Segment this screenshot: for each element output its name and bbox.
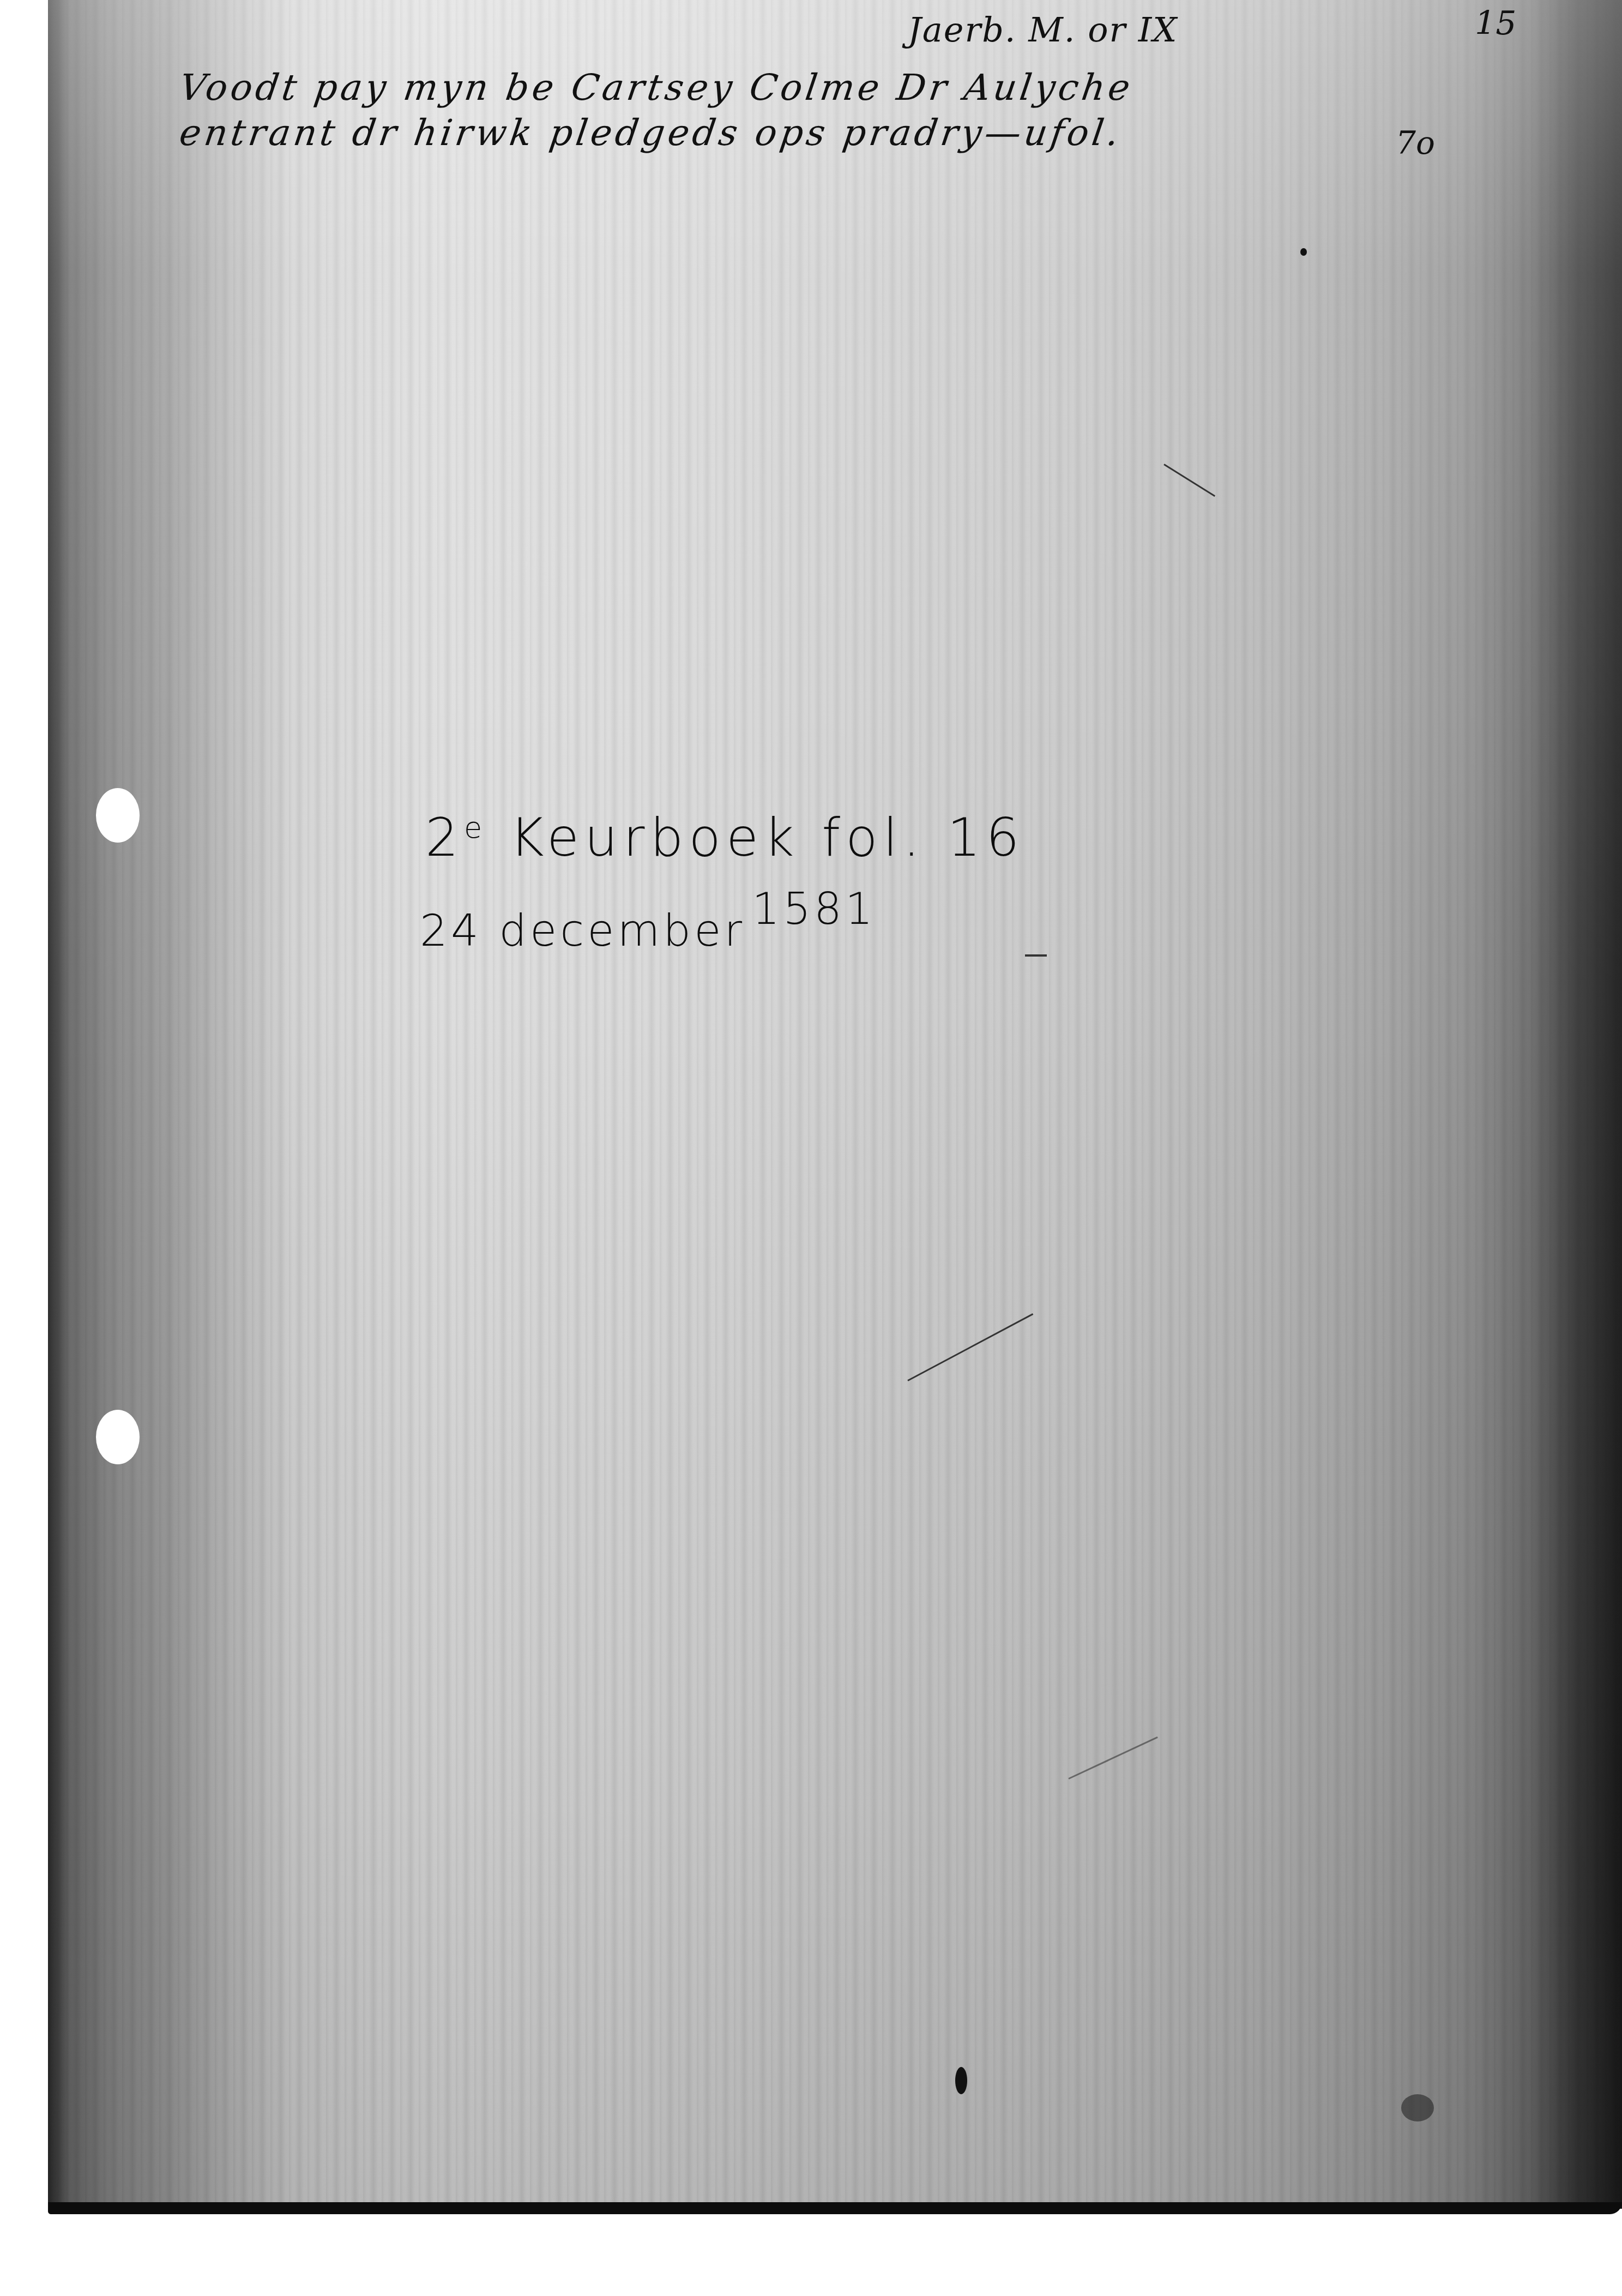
page-bottom-edge [48,2202,1622,2214]
scan-speck [1300,248,1307,256]
date-year: 1581 [752,883,876,934]
binder-hole-icon [96,1410,140,1464]
reference-line: 2e Keurboek fol. 16 [425,807,1025,868]
date-day-month: 24 december [420,905,745,956]
scan-dash [1025,954,1047,957]
binder-hole-icon [96,788,140,843]
archaic-trailing-mark: 7o [1396,124,1435,161]
ink-blot [955,2067,967,2094]
ink-smudge [1401,2094,1434,2121]
header-annotation: Jaerb. M. or IX [908,10,1178,50]
reference-text: Keurboek fol. 16 [510,807,1025,868]
page-number: 15 [1475,4,1516,43]
scanned-page [48,0,1622,2209]
date-line: 24 december1581 [420,905,876,956]
archaic-text-line-1: Voodt pay myn be Cartsey Colme Dr Aulych… [177,67,1136,109]
archaic-text-line-2: entrant dr hirwk pledgeds ops pradry—ufo… [177,112,1125,154]
reference-ordinal-suffix: e [464,810,487,845]
reference-ordinal: 2 [425,807,464,868]
